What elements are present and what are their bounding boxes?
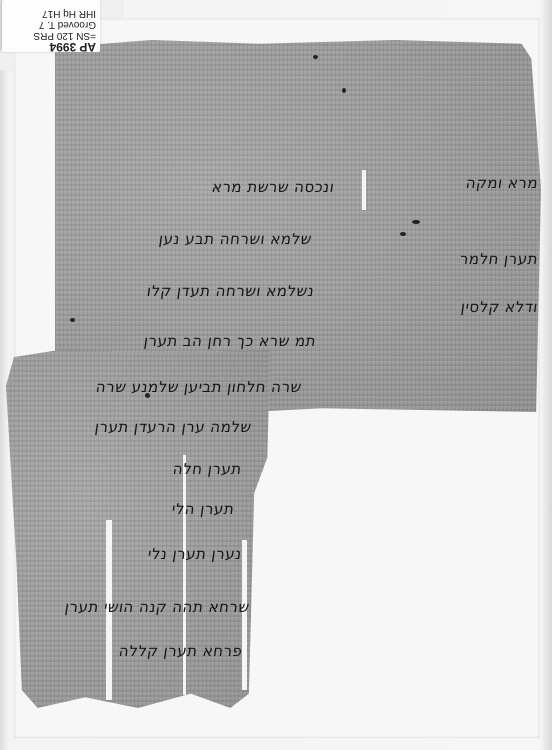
script-line: ונכסה שרשת מרא [210,178,335,196]
label-line: Grooved T. 7 [2,19,100,30]
ink-spot [400,232,406,236]
label-line: =SN 120 PRS [2,30,100,41]
ink-spot [342,88,346,93]
label-line: AP 3994 [2,41,100,52]
script-line: שרחא תהה קנה הושי תערן [64,598,251,616]
script-line: פרחא תערן קללה [117,642,243,660]
label-line: IHR Hq H17 [2,8,100,19]
papyrus-tear [362,170,366,210]
ink-spot [313,55,318,59]
museum-label: AP 3994 =SN 120 PRS Grooved T. 7 IHR Hq … [2,0,100,52]
script-line: תערן חלה [172,460,243,478]
script-line: שלמא ושרחה תבע נען [158,230,313,248]
script-line: מרא ומקה [465,174,540,192]
script-line: נערן תערן נלי [147,545,243,563]
script-line: נשלמא ושרחה תעדן קלו [145,282,315,300]
script-line: שלמה ערן הרעדן תערן [94,418,253,436]
script-line: ודלא קלסין [460,298,539,316]
script-line: תמ שרא כך רחן הב תערן [143,332,318,350]
script-line: תערן הלי [170,500,235,518]
ink-spot [70,318,75,322]
mounting-board: AP 3994 =SN 120 PRS Grooved T. 7 IHR Hq … [0,0,552,750]
script-line: תערן חלמר [459,250,540,268]
ink-spot [412,220,420,224]
script-line: שרה חלחון תביען שלמנע שרה [95,378,303,396]
